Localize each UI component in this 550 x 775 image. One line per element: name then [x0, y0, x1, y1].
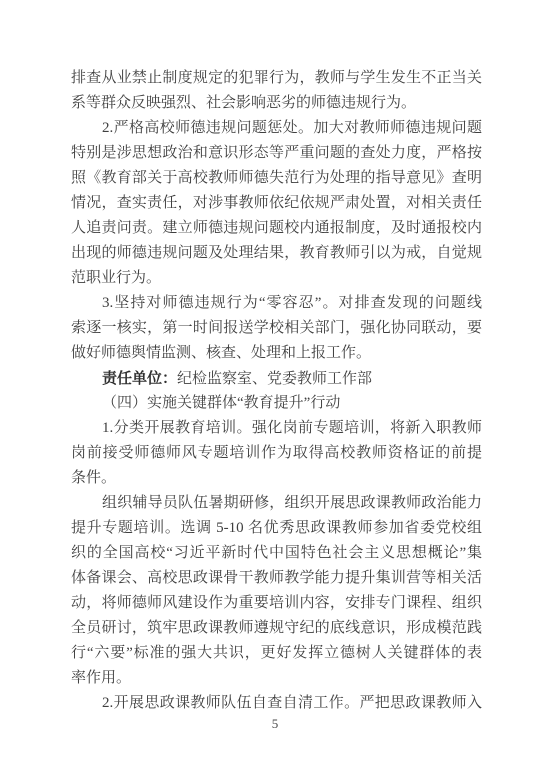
text-line: 排查从业禁止制度规定的犯罪行为，教师与学生发生不正当关: [71, 66, 482, 91]
text-line: 率作用。: [71, 666, 482, 691]
page-number: 5: [0, 716, 550, 732]
text-line: 1.分类开展教育培训。强化岗前专题培训，将新入职教师: [71, 416, 482, 441]
document-page: 排查从业禁止制度规定的犯罪行为，教师与学生发生不正当关系等群众反映强烈、社会影响…: [0, 0, 550, 775]
text-line: 做好师德舆情监测、核查、处理和上报工作。: [71, 341, 482, 366]
text-line: （四）实施关键群体“教育提升”行动: [71, 391, 482, 416]
text-line: 照《教育部关于高校教师师德失范行为处理的指导意见》查明: [71, 166, 482, 191]
text-line: 特别是涉思想政治和意识形态等严重问题的查处力度，严格按: [71, 141, 482, 166]
text-line: 出现的师德违规问题及处理结果，教育教师引以为戒，自觉规: [71, 241, 482, 266]
text-line: 行“六要”标准的强大共识，更好发挥立德树人关键群体的表: [71, 641, 482, 666]
text-line: 情况，查实责任，对涉事教师依纪依规严肃处置，对相关责任: [71, 191, 482, 216]
text-line: 索逐一核实，第一时间报送学校相关部门，强化协同联动，要: [71, 316, 482, 341]
text-line: 岗前接受师德师风专题培训作为取得高校教师资格证的前提: [71, 441, 482, 466]
document-body: 排查从业禁止制度规定的犯罪行为，教师与学生发生不正当关系等群众反映强烈、社会影响…: [71, 66, 482, 716]
text-line: 3.坚持对师德违规行为“零容忍”。对排查发现的问题线: [71, 291, 482, 316]
text-line: 人追责问责。建立师德违规问题校内通报制度，及时通报校内: [71, 216, 482, 241]
text-line: 织的全国高校“习近平新时代中国特色社会主义思想概论”集: [71, 541, 482, 566]
text-line: 2.严格高校师德违规问题惩处。加大对教师师德违规问题: [71, 116, 482, 141]
text-line: 提升专题培训。选调 5-10 名优秀思政课教师参加省委党校组: [71, 516, 482, 541]
text-line: 范职业行为。: [71, 266, 482, 291]
responsible-unit-value: 纪检监察室、党委教师工作部: [177, 371, 372, 387]
text-line: 条件。: [71, 466, 482, 491]
text-line: 全员研讨，筑牢思政课教师遵规守纪的底线意识，形成模范践: [71, 616, 482, 641]
responsible-unit-label: 责任单位：: [102, 370, 177, 387]
text-line: 责任单位：纪检监察室、党委教师工作部: [71, 366, 482, 391]
text-line: 动，将师德师风建设作为重要培训内容，安排专门课程、组织: [71, 591, 482, 616]
text-line: 体备课会、高校思政课骨干教师教学能力提升集训营等相关活: [71, 566, 482, 591]
text-line: 2.开展思政课教师队伍自查自清工作。严把思政课教师入: [71, 691, 482, 716]
text-line: 系等群众反映强烈、社会影响恶劣的师德违规行为。: [71, 91, 482, 116]
text-line: 组织辅导员队伍暑期研修，组织开展思政课教师政治能力: [71, 491, 482, 516]
